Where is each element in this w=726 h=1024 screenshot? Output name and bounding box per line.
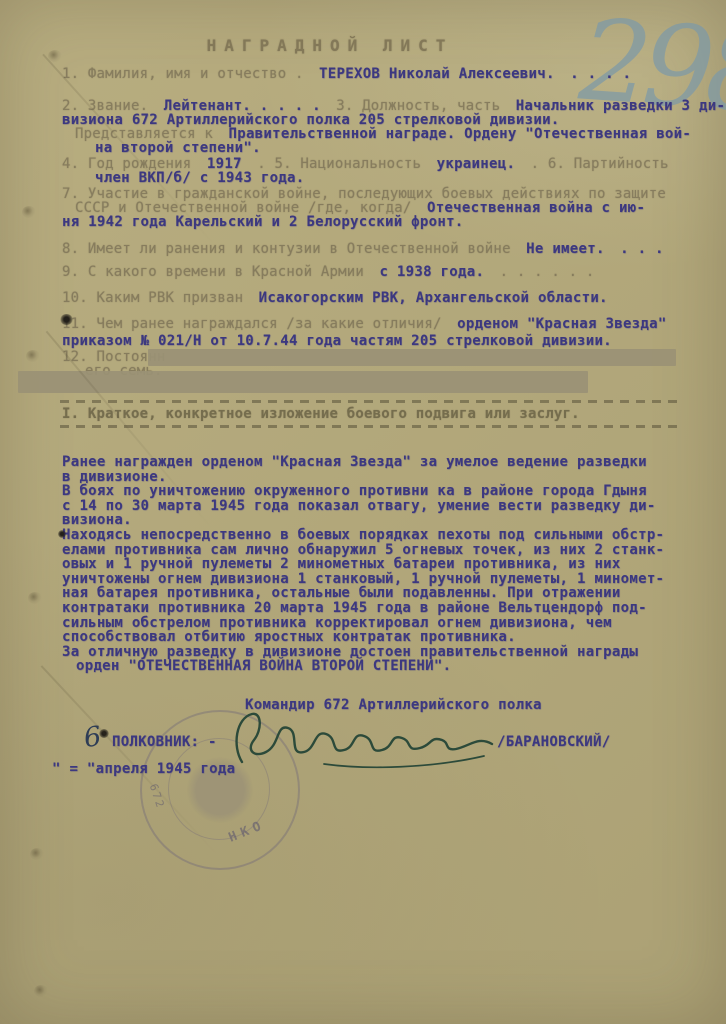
field9-dots: . . . . . .	[500, 264, 595, 280]
field8-dots: . . .	[620, 241, 664, 257]
award-recommendation-continuation: на второй степени".	[95, 141, 261, 156]
section-heading: I. Краткое, конкретное изложение боевого…	[62, 406, 580, 422]
field8-line: 8. Имеет ли ранения и контузии в Отечест…	[62, 242, 664, 257]
field5-value: украинец.	[437, 156, 516, 172]
field8-label: 8. Имеет ли ранения и контузии в Отечест…	[62, 241, 511, 257]
citation-line: визиона.	[62, 513, 692, 528]
field11-label: 11. Чем ранее награждался /за какие отли…	[62, 316, 442, 332]
field11-value-line1: орденом "Красная Звезда"	[457, 316, 667, 332]
punch-hole	[22, 206, 36, 218]
signature-handwriting	[228, 704, 498, 778]
punch-hole	[30, 848, 44, 860]
field1-dots: . . . .	[570, 66, 631, 82]
citation-line: способствовал отбитию яростных контратак…	[62, 630, 692, 645]
field11-value-line2: приказом № 021/Н от 10.7.44 года частям …	[62, 333, 612, 349]
citation-line: Находясь непосредственно в боевых порядк…	[62, 528, 692, 543]
citation-line: орден "ОТЕЧЕСТВЕННАЯ ВОЙНА ВТОРОЙ СТЕПЕН…	[62, 659, 692, 674]
citation-line: ная батарея противника, остальные были п…	[62, 586, 692, 601]
rank-line: ПОЛКОВНИК: -	[112, 735, 217, 750]
award-sheet-scan: 298 НАГРАДНОЙ ЛИСТ 1. Фамилия, имя и отч…	[0, 0, 726, 1024]
field10-label: 10. Каким РВК призван	[62, 290, 243, 306]
field6-value-line: член ВКП/б/ с 1943 года.	[95, 171, 305, 186]
field1-label: 1. Фамилия, имя и отчество .	[62, 66, 304, 82]
redaction-bar-2	[18, 371, 588, 393]
field10-value: Исакогорским РВК, Архангельской области.	[259, 290, 608, 306]
section-heading-line: I. Краткое, конкретное изложение боевого…	[62, 407, 580, 422]
field6-value: член ВКП/б/ с 1943 года.	[95, 170, 305, 186]
citation-line: В боях по уничтожению окруженного против…	[62, 484, 692, 499]
citation-line: сильным обстрелом противника корректиров…	[62, 616, 692, 631]
rank-label: ПОЛКОВНИК: -	[112, 734, 217, 750]
citation-line: елами противника сам лично обнаружил 5 о…	[62, 543, 692, 558]
redaction-bar-1	[148, 349, 676, 366]
handwritten-day: 6	[82, 721, 103, 754]
punch-hole	[26, 350, 40, 362]
signer-name-line: /БАРАНОВСКИЙ/	[497, 735, 610, 750]
document-title: НАГРАДНОЙ ЛИСТ	[0, 36, 660, 55]
signature-stroke	[228, 704, 498, 774]
punch-hole	[34, 985, 48, 997]
ink-blot	[60, 314, 73, 325]
field7-value-line2-row: ня 1942 года Карельский и 2 Белорусский …	[62, 215, 464, 230]
field6-label: . 6. Партийность	[531, 156, 669, 172]
award-value-line2: на второй степени".	[95, 140, 261, 156]
field7-value-line2: ня 1942 года Карельский и 2 Белорусский …	[62, 214, 464, 230]
field10-line: 10. Каким РВК призван Исакогорским РВК, …	[62, 291, 608, 306]
dashed-rule-bottom	[60, 425, 678, 428]
field-name-line: 1. Фамилия, имя и отчество . ТЕРЕХОВ Ник…	[62, 67, 631, 82]
dashed-rule-top	[60, 400, 678, 403]
citation-line: в дивизионе.	[62, 470, 692, 485]
award-value-line1: Правительственной награде. Ордену "Отече…	[229, 126, 692, 142]
signer-name: /БАРАНОВСКИЙ/	[497, 734, 610, 750]
field9-label: 9. С какого времени в Красной Армии	[62, 264, 364, 280]
field1-value: ТЕРЕХОВ Николай Алексеевич.	[319, 66, 555, 82]
citation-line: с 14 по 30 марта 1945 года показал отваг…	[62, 499, 692, 514]
citation-text: Ранее награжден орденом "Красная Звезда"…	[62, 455, 692, 674]
field11-line2: приказом № 021/Н от 10.7.44 года частям …	[62, 334, 612, 349]
ink-blot	[58, 530, 66, 538]
citation-line: овых и 1 ручной пулеметы 2 минометных ба…	[62, 557, 692, 572]
field8-value: Не имеет.	[526, 241, 605, 257]
field9-value: с 1938 года.	[379, 264, 484, 280]
field11-line1: 11. Чем ранее награждался /за какие отли…	[62, 317, 667, 332]
field9-line: 9. С какого времени в Красной Армии с 19…	[62, 265, 595, 280]
citation-line: контратаки противника 20 марта 1945 года…	[62, 601, 692, 616]
punch-hole	[28, 592, 42, 604]
